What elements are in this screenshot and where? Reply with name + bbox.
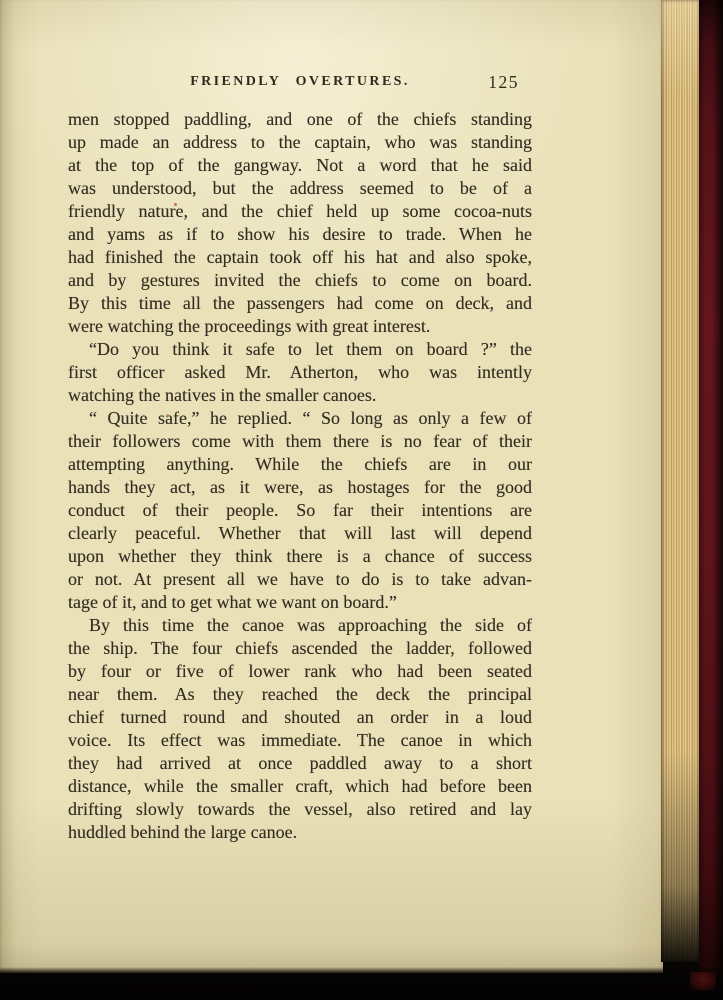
text-line: were watching the proceedings with great… [68,315,532,338]
paragraph: men stopped paddling, and one of the chi… [68,108,532,338]
page-blemish [166,414,169,417]
text-line: attempting anything. While the chiefs ar… [68,453,532,476]
text-line: conduct of their people. So far their in… [68,499,532,522]
text-line: their followers come with them there is … [68,430,532,453]
text-line: “ Quite safe,” he replied. “ So long as … [68,407,532,430]
text-line: clearly peaceful. Whether that will last… [68,522,532,545]
text-line: upon whether they think there is a chanc… [68,545,532,568]
text-line: and by gestures invited the chiefs to co… [68,269,532,292]
text-line: “Do you think it safe to let them on boa… [68,338,532,361]
text-line: chief turned round and shouted an order … [68,706,532,729]
text-line: the ship. The four chiefs ascended the l… [68,637,532,660]
paragraph: “Do you think it safe to let them on boa… [68,338,532,407]
cover-shading [699,0,723,1000]
text-line: and yams as if to show his desire to tra… [68,223,532,246]
page-body-text: men stopped paddling, and one of the chi… [68,108,532,844]
text-line: drifting slowly towards the vessel, also… [68,798,532,821]
fore-edge-shading [661,0,701,962]
text-line: first officer asked Mr. Atherton, who wa… [68,361,532,384]
text-line: had finished the captain took off his ha… [68,246,532,269]
scan-bottom-shadow [0,967,723,1000]
text-line: up made an address to the captain, who w… [68,131,532,154]
text-line: they had arrived at once paddled away to… [68,752,532,775]
scanned-book-photo: FRIENDLY OVERTURES. 125 men stopped padd… [0,0,723,1000]
chapter-running-title: FRIENDLY OVERTURES. [68,74,532,90]
text-line: or not. At present all we have to do is … [68,568,532,591]
text-line: at the top of the gangway. Not a word th… [68,154,532,177]
text-line: By this time all the passengers had come… [68,292,532,315]
text-line: By this time the canoe was approaching t… [68,614,532,637]
page-blemish [174,203,177,206]
text-line: voice. Its effect was immediate. The can… [68,729,532,752]
book-fore-edge-pages [661,0,701,962]
text-line: was understood, but the address seemed t… [68,177,532,200]
paragraph: “ Quite safe,” he replied. “ So long as … [68,407,532,614]
text-line: by four or five of lower rank who had be… [68,660,532,683]
cover-bottom-corner [690,972,716,990]
text-line: tage of it, and to get what we want on b… [68,591,532,614]
text-line: men stopped paddling, and one of the chi… [68,108,532,131]
text-line: distance, while the smaller craft, which… [68,775,532,798]
text-line: watching the natives in the smaller cano… [68,384,532,407]
text-line: hands they act, as it were, as hostages … [68,476,532,499]
text-line: huddled behind the large canoe. [68,821,532,844]
paragraph: By this time the canoe was approaching t… [68,614,532,844]
page-number: 125 [488,72,519,93]
book-page: FRIENDLY OVERTURES. 125 men stopped padd… [0,0,663,973]
book-cover [699,0,723,1000]
text-line: near them. As they reached the deck the … [68,683,532,706]
running-header: FRIENDLY OVERTURES. 125 [68,74,532,94]
text-line: friendly nature, and the chief held up s… [68,200,532,223]
